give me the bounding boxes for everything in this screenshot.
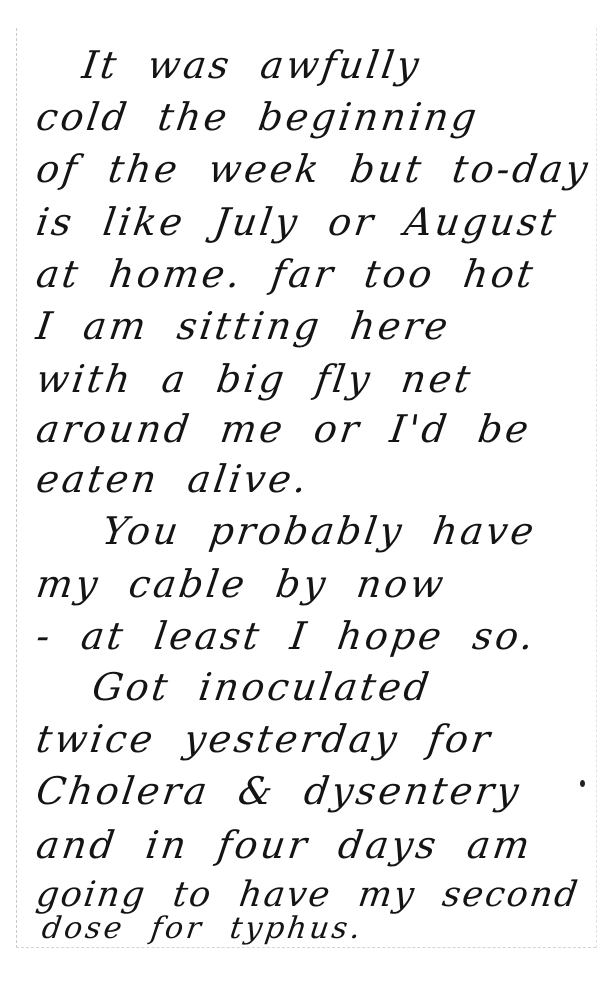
letter-line-9: eaten alive.: [34, 460, 312, 498]
letter-line-7: with a big fly net: [34, 360, 475, 398]
letter-line-1: It was awfully: [80, 46, 424, 84]
letter-line-10: You probably have: [100, 512, 539, 550]
letter-line-17: going to have my second: [34, 878, 581, 913]
letter-line-5: at home. far too hot: [34, 255, 538, 293]
letter-line-8: around me or I'd be: [34, 410, 534, 448]
letter-line-2: cold the beginning: [34, 98, 482, 136]
letter-line-15: Cholera & dysentery: [34, 772, 524, 810]
letter-line-12: - at least I hope so.: [34, 617, 539, 655]
letter-page: It was awfully cold the beginning of the…: [0, 0, 616, 1000]
letter-line-16: and in four days am: [34, 826, 535, 864]
left-margin-border: [16, 28, 17, 948]
ink-speck: [580, 780, 585, 787]
letter-line-6: I am sitting here: [34, 307, 453, 345]
letter-line-4: is like July or August: [34, 203, 561, 241]
bottom-margin-border: [16, 947, 596, 948]
letter-line-14: twice yesterday for: [34, 720, 495, 758]
right-margin-border: [596, 28, 597, 948]
letter-line-18: dose for typhus.: [40, 914, 365, 944]
letter-line-13: Got inoculated: [90, 668, 434, 706]
letter-line-11: my cable by now: [34, 565, 449, 603]
letter-line-3: of the week but to-day: [34, 150, 593, 188]
